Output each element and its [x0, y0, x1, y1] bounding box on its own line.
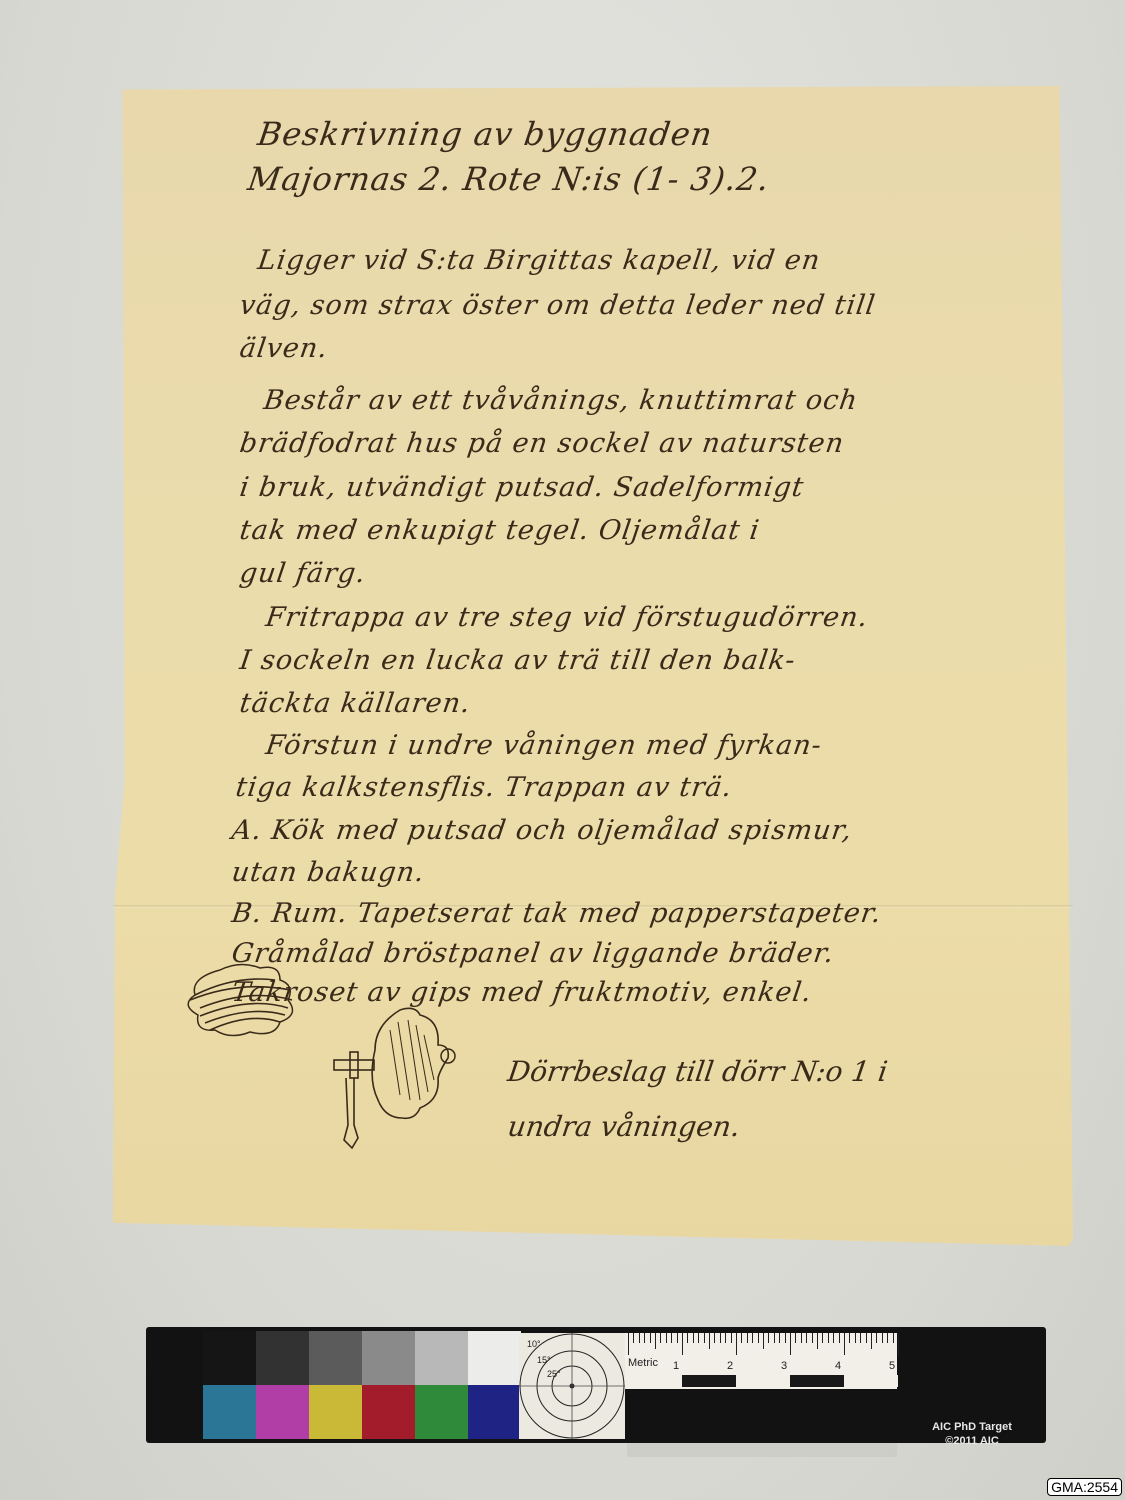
body-line: Består av ett tvåvånings, knuttimrat och: [262, 385, 860, 416]
gray-swatch: [203, 1331, 256, 1385]
ruler-tick: [839, 1333, 840, 1343]
color-swatch: [468, 1385, 521, 1439]
ruler-number: 3: [781, 1360, 787, 1372]
body-line: brädfodrat hus på en sockel av natursten: [238, 428, 846, 459]
ruler-tick: [736, 1333, 737, 1355]
ruler-number: 4: [835, 1360, 841, 1372]
ruler-tick: [633, 1333, 634, 1343]
ruler-number: 2: [727, 1360, 733, 1372]
title-line-2: Majornas 2. Rote N:is (1- 3).2.: [245, 160, 772, 198]
bullseye-label: 10°: [527, 1339, 541, 1349]
ruler-tick: [660, 1333, 661, 1343]
ruler-tick: [704, 1333, 705, 1343]
ruler-tick: [774, 1333, 775, 1343]
ruler-tick: [790, 1333, 791, 1355]
ruler-tick: [682, 1333, 683, 1355]
sketch-caption-line-2: undra våningen.: [506, 1110, 743, 1143]
ruler-tick: [849, 1333, 850, 1343]
ruler-tick: [752, 1333, 753, 1343]
body-line: Förstun i undre våningen med fyrkan-: [264, 730, 824, 761]
ruler-scale-bar: [844, 1375, 898, 1387]
ruler-scale-bar: [790, 1375, 844, 1387]
ruler-tick: [628, 1333, 629, 1355]
color-swatch: [309, 1385, 362, 1439]
ruler-tick: [655, 1333, 656, 1349]
ruler-tick: [698, 1333, 699, 1343]
ruler-number: 1: [673, 1360, 679, 1372]
ruler-tick: [725, 1333, 726, 1343]
body-line: utan bakugn.: [230, 857, 427, 888]
gray-swatch: [150, 1331, 199, 1439]
archive-id-label: GMA:2554: [1047, 1478, 1122, 1496]
ruler-tick: [817, 1333, 818, 1349]
body-line: gul färg.: [238, 558, 368, 589]
target-brand: AIC PhD Target ©2011 AIC: [898, 1420, 1046, 1448]
ruler-tick: [855, 1333, 856, 1343]
body-line: i bruk, utvändigt putsad. Sadelformigt: [238, 472, 806, 503]
gray-swatch: [415, 1331, 468, 1385]
bullseye-label: 15°: [537, 1355, 551, 1365]
ruler-tick: [785, 1333, 786, 1343]
ruler-tick: [709, 1333, 710, 1349]
gray-swatch: [309, 1331, 362, 1385]
color-swatch: [415, 1385, 468, 1439]
body-line: Ligger vid S:ta Birgittas kapell, vid en: [256, 245, 823, 276]
body-line: A. Kök med putsad och oljemålad spismur,: [230, 815, 854, 846]
bullseye-target: 10° 15° 25°: [519, 1333, 625, 1439]
ruler-tick: [639, 1333, 640, 1343]
ruler-tick: [650, 1333, 651, 1343]
brand-line-1: AIC PhD Target: [898, 1420, 1046, 1434]
ruler-tick: [806, 1333, 807, 1343]
ruler-tick: [795, 1333, 796, 1343]
ruler-tick: [714, 1333, 715, 1343]
body-line: älven.: [238, 333, 330, 364]
ruler-tick: [763, 1333, 764, 1349]
ruler-tick: [866, 1333, 867, 1343]
ruler-tick: [687, 1333, 688, 1343]
ruler-tick: [747, 1333, 748, 1343]
ruler-tick: [882, 1333, 883, 1343]
gray-swatch: [468, 1331, 521, 1385]
ruler-tick: [860, 1333, 861, 1343]
ruler-tick: [741, 1333, 742, 1343]
body-line: tak med enkupigt tegel. Oljemålat i: [238, 515, 762, 546]
ruler-tick: [822, 1333, 823, 1343]
ruler-tick: [812, 1333, 813, 1343]
ruler-tick: [887, 1333, 888, 1343]
ruler-tick: [644, 1333, 645, 1343]
ruler-tick: [758, 1333, 759, 1343]
body-line: Takroset av gips med fruktmotiv, enkel.: [230, 977, 814, 1008]
ruler-scale-bar: [682, 1375, 736, 1387]
ruler-tick: [828, 1333, 829, 1343]
ruler-tick: [779, 1333, 780, 1343]
ruler-tick: [871, 1333, 872, 1349]
brand-line-2: ©2011 AIC: [898, 1434, 1046, 1448]
ruler-number: 5: [889, 1360, 895, 1372]
ruler-tick: [677, 1333, 678, 1343]
ruler-tick: [876, 1333, 877, 1343]
ruler-tick: [671, 1333, 672, 1343]
ruler-tick: [666, 1333, 667, 1343]
body-line: B. Rum. Tapetserat tak med papperstapete…: [230, 898, 884, 929]
ruler-tick: [893, 1333, 894, 1343]
body-line: Fritrappa av tre steg vid förstugudörren…: [264, 602, 871, 633]
body-line: tiga kalkstensflis. Trappan av trä.: [234, 772, 734, 803]
ruler-label: Metric: [628, 1357, 658, 1369]
body-line: väg, som strax öster om detta leder ned …: [238, 290, 878, 321]
ruler-tick: [898, 1333, 899, 1355]
body-line: täckta källaren.: [238, 688, 473, 719]
ruler-tick: [720, 1333, 721, 1343]
rosette-sketch-icon: [180, 960, 310, 1040]
gray-swatch: [362, 1331, 415, 1385]
ruler-scale-bar: [736, 1375, 790, 1387]
bullseye-label: 25°: [547, 1369, 561, 1379]
body-line: I sockeln en lucka av trä till den balk-: [238, 645, 798, 676]
color-swatch: [256, 1385, 309, 1439]
body-line: Gråmålad bröstpanel av liggande bräder.: [230, 938, 837, 969]
color-swatch: [203, 1385, 256, 1439]
ruler-tick: [844, 1333, 845, 1355]
sketch-caption-line-1: Dörrbeslag till dörr N:o 1 i: [506, 1055, 890, 1088]
color-swatch: [362, 1385, 415, 1439]
gray-swatch: [256, 1331, 309, 1385]
ruler-tick: [833, 1333, 834, 1343]
ruler-scale-bar: [628, 1375, 682, 1387]
ruler-tick: [693, 1333, 694, 1343]
door-hardware-sketch-icon: [320, 1000, 470, 1150]
ruler-tick: [801, 1333, 802, 1343]
metric-ruler: Metric 12345: [625, 1333, 897, 1389]
title-line-1: Beskrivning av byggnaden: [255, 115, 715, 153]
tape-strip: [627, 1443, 897, 1457]
ruler-tick: [731, 1333, 732, 1343]
ruler-tick: [768, 1333, 769, 1343]
